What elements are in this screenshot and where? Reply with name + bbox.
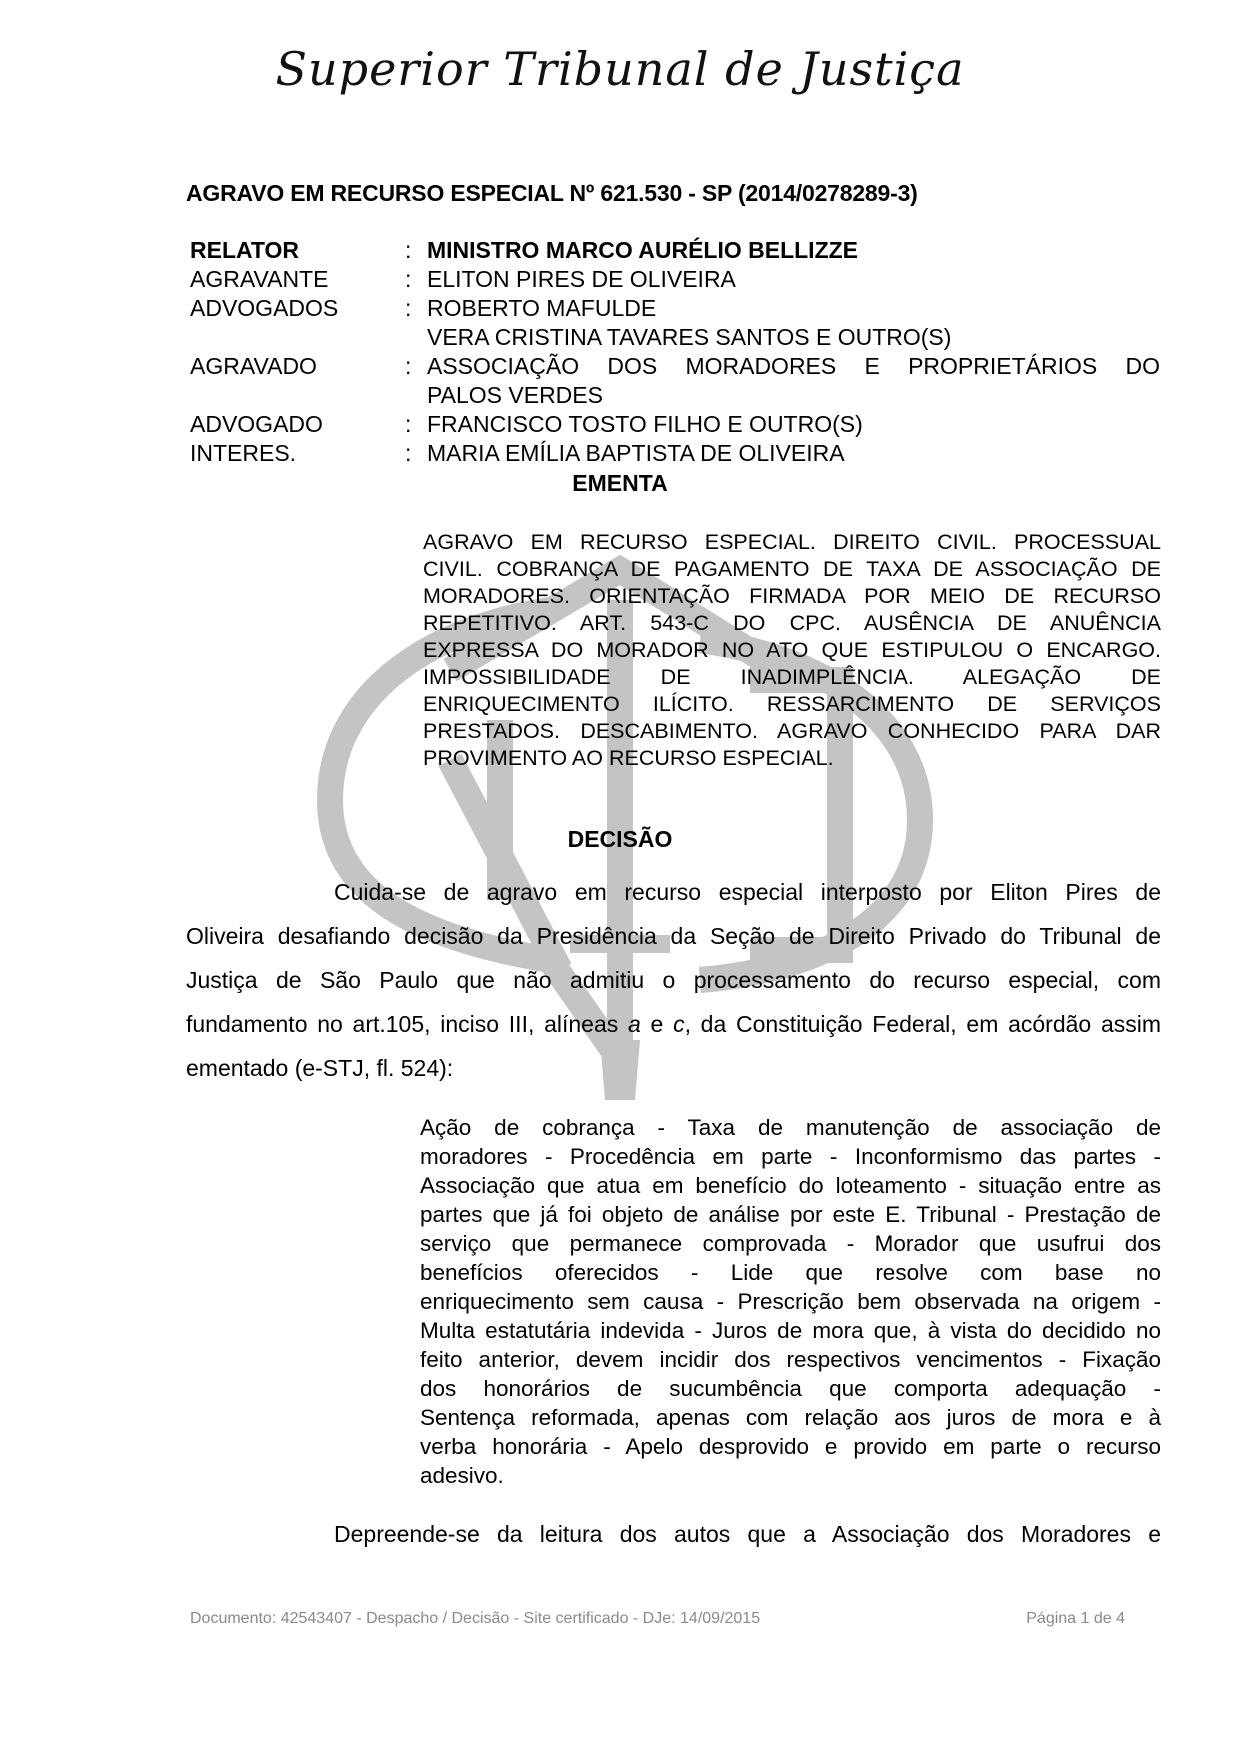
party-separator: : xyxy=(405,265,427,294)
party-value-line: ASSOCIAÇÃO DOS MORADORES E PROPRIETÁRIOS… xyxy=(427,352,1160,381)
quote-line: verba honorária - Apelo desprovido e pro… xyxy=(420,1432,1161,1461)
quote-line: partes que já foi objeto de análise por … xyxy=(420,1200,1161,1229)
party-label: ADVOGADOS xyxy=(190,294,405,352)
paragraph-line: ementado (e-STJ, fl. 524): xyxy=(186,1046,1161,1090)
party-separator: : xyxy=(405,410,427,439)
party-value-line: MARIA EMÍLIA BAPTISTA DE OLIVEIRA xyxy=(427,439,1160,468)
ementa-line: ENRIQUECIMENTO ILÍCITO. RESSARCIMENTO DE… xyxy=(423,691,1161,718)
ementa-line: EXPRESSA DO MORADOR NO ATO QUE ESTIPULOU… xyxy=(423,637,1161,664)
party-value-line: ELITON PIRES DE OLIVEIRA xyxy=(427,265,1160,294)
ementa-line: CIVIL. COBRANÇA DE PAGAMENTO DE TAXA DE … xyxy=(423,556,1161,583)
paragraph-line: Cuida-se de agravo em recurso especial i… xyxy=(186,870,1161,914)
party-row-agravante: AGRAVANTE : ELITON PIRES DE OLIVEIRA xyxy=(190,265,1160,294)
party-value: FRANCISCO TOSTO FILHO E OUTRO(S) xyxy=(427,410,1160,439)
party-row-advogados: ADVOGADOS : ROBERTO MAFULDE VERA CRISTIN… xyxy=(190,294,1160,352)
text-run: e xyxy=(641,1011,673,1037)
party-row-relator: RELATOR : MINISTRO MARCO AURÉLIO BELLIZZ… xyxy=(190,236,1160,265)
ementa-line: PROVIMENTO AO RECURSO ESPECIAL. xyxy=(423,745,1161,772)
decision-paragraph-2: Depreende-se da leitura dos autos que a … xyxy=(186,1512,1161,1556)
document-page: Superior Tribunal de Justiça AGRAVO EM R… xyxy=(0,0,1240,1754)
party-row-agravado: AGRAVADO : ASSOCIAÇÃO DOS MORADORES E PR… xyxy=(190,352,1160,410)
case-title: AGRAVO EM RECURSO ESPECIAL Nº 621.530 - … xyxy=(186,180,918,207)
party-label: AGRAVADO xyxy=(190,352,405,410)
ementa-heading: EMENTA xyxy=(0,470,1240,497)
ementa-line: MORADORES. ORIENTAÇÃO FIRMADA POR MEIO D… xyxy=(423,583,1161,610)
document-info: Documento: 42543407 - Despacho / Decisão… xyxy=(190,1610,760,1628)
party-value: ELITON PIRES DE OLIVEIRA xyxy=(427,265,1160,294)
ementa-line: IMPOSSIBILIDADE DE INADIMPLÊNCIA. ALEGAÇ… xyxy=(423,664,1161,691)
party-value-line: PALOS VERDES xyxy=(427,381,1160,410)
quote-line: serviço que permanece comprovada - Morad… xyxy=(420,1229,1161,1258)
quote-line: Multa estatutária indevida - Juros de mo… xyxy=(420,1316,1161,1345)
party-value: ROBERTO MAFULDE VERA CRISTINA TAVARES SA… xyxy=(427,294,1160,352)
quote-line: Associação que atua em benefício do lote… xyxy=(420,1171,1161,1200)
party-value: MARIA EMÍLIA BAPTISTA DE OLIVEIRA xyxy=(427,439,1160,468)
parties-table: RELATOR : MINISTRO MARCO AURÉLIO BELLIZZ… xyxy=(190,236,1160,468)
quote-line: moradores - Procedência em parte - Incon… xyxy=(420,1142,1161,1171)
party-value-line: ROBERTO MAFULDE xyxy=(427,294,1160,323)
paragraph-line: Oliveira desafiando decisão da Presidênc… xyxy=(186,914,1161,958)
party-label: RELATOR xyxy=(190,236,405,265)
party-label: INTERES. xyxy=(190,439,405,468)
paragraph-line: Justiça de São Paulo que não admitiu o p… xyxy=(186,958,1161,1002)
decisao-heading: DECISÃO xyxy=(0,826,1240,853)
decision-paragraph-1: Cuida-se de agravo em recurso especial i… xyxy=(186,870,1161,1090)
ementa-line: AGRAVO EM RECURSO ESPECIAL. DIREITO CIVI… xyxy=(423,529,1161,556)
party-separator: : xyxy=(405,236,427,265)
ementa-line: PRESTADOS. DESCABIMENTO. AGRAVO CONHECID… xyxy=(423,718,1161,745)
party-label: ADVOGADO xyxy=(190,410,405,439)
quote-line: Ação de cobrança - Taxa de manutenção de… xyxy=(420,1113,1161,1142)
text-run: , da Constituição Federal, em acórdão as… xyxy=(685,1011,1161,1037)
italic-run: c xyxy=(673,1011,685,1037)
page-footer: Documento: 42543407 - Despacho / Decisão… xyxy=(190,1610,1125,1628)
quote-line: benefícios oferecidos - Lide que resolve… xyxy=(420,1258,1161,1287)
text-run: fundamento no art.105, inciso III, alíne… xyxy=(186,1011,628,1037)
party-separator: : xyxy=(405,439,427,468)
party-row-interessado: INTERES. : MARIA EMÍLIA BAPTISTA DE OLIV… xyxy=(190,439,1160,468)
party-label: AGRAVANTE xyxy=(190,265,405,294)
party-separator: : xyxy=(405,294,427,352)
italic-run: a xyxy=(628,1011,641,1037)
quote-line: enriquecimento sem causa - Prescrição be… xyxy=(420,1287,1161,1316)
party-value: MINISTRO MARCO AURÉLIO BELLIZZE xyxy=(427,236,1160,265)
quoted-ementa: Ação de cobrança - Taxa de manutenção de… xyxy=(420,1113,1161,1490)
quote-line: adesivo. xyxy=(420,1461,1161,1490)
party-value-line: MINISTRO MARCO AURÉLIO BELLIZZE xyxy=(427,236,1160,265)
page-number: Página 1 de 4 xyxy=(1026,1610,1125,1628)
party-row-advogado: ADVOGADO : FRANCISCO TOSTO FILHO E OUTRO… xyxy=(190,410,1160,439)
court-name-header: Superior Tribunal de Justiça xyxy=(0,42,1240,96)
paragraph-line: fundamento no art.105, inciso III, alíne… xyxy=(186,1002,1161,1046)
quote-line: dos honorários de sucumbência que compor… xyxy=(420,1374,1161,1403)
paragraph-line: Depreende-se da leitura dos autos que a … xyxy=(186,1512,1161,1556)
party-separator: : xyxy=(405,352,427,410)
ementa-line: REPETITIVO. ART. 543-C DO CPC. AUSÊNCIA … xyxy=(423,610,1161,637)
quote-line: feito anterior, devem incidir dos respec… xyxy=(420,1345,1161,1374)
party-value-line: VERA CRISTINA TAVARES SANTOS E OUTRO(S) xyxy=(427,323,1160,352)
ementa-text: AGRAVO EM RECURSO ESPECIAL. DIREITO CIVI… xyxy=(423,529,1161,772)
party-value: ASSOCIAÇÃO DOS MORADORES E PROPRIETÁRIOS… xyxy=(427,352,1160,410)
quote-line: Sentença reformada, apenas com relação a… xyxy=(420,1403,1161,1432)
party-value-line: FRANCISCO TOSTO FILHO E OUTRO(S) xyxy=(427,410,1160,439)
